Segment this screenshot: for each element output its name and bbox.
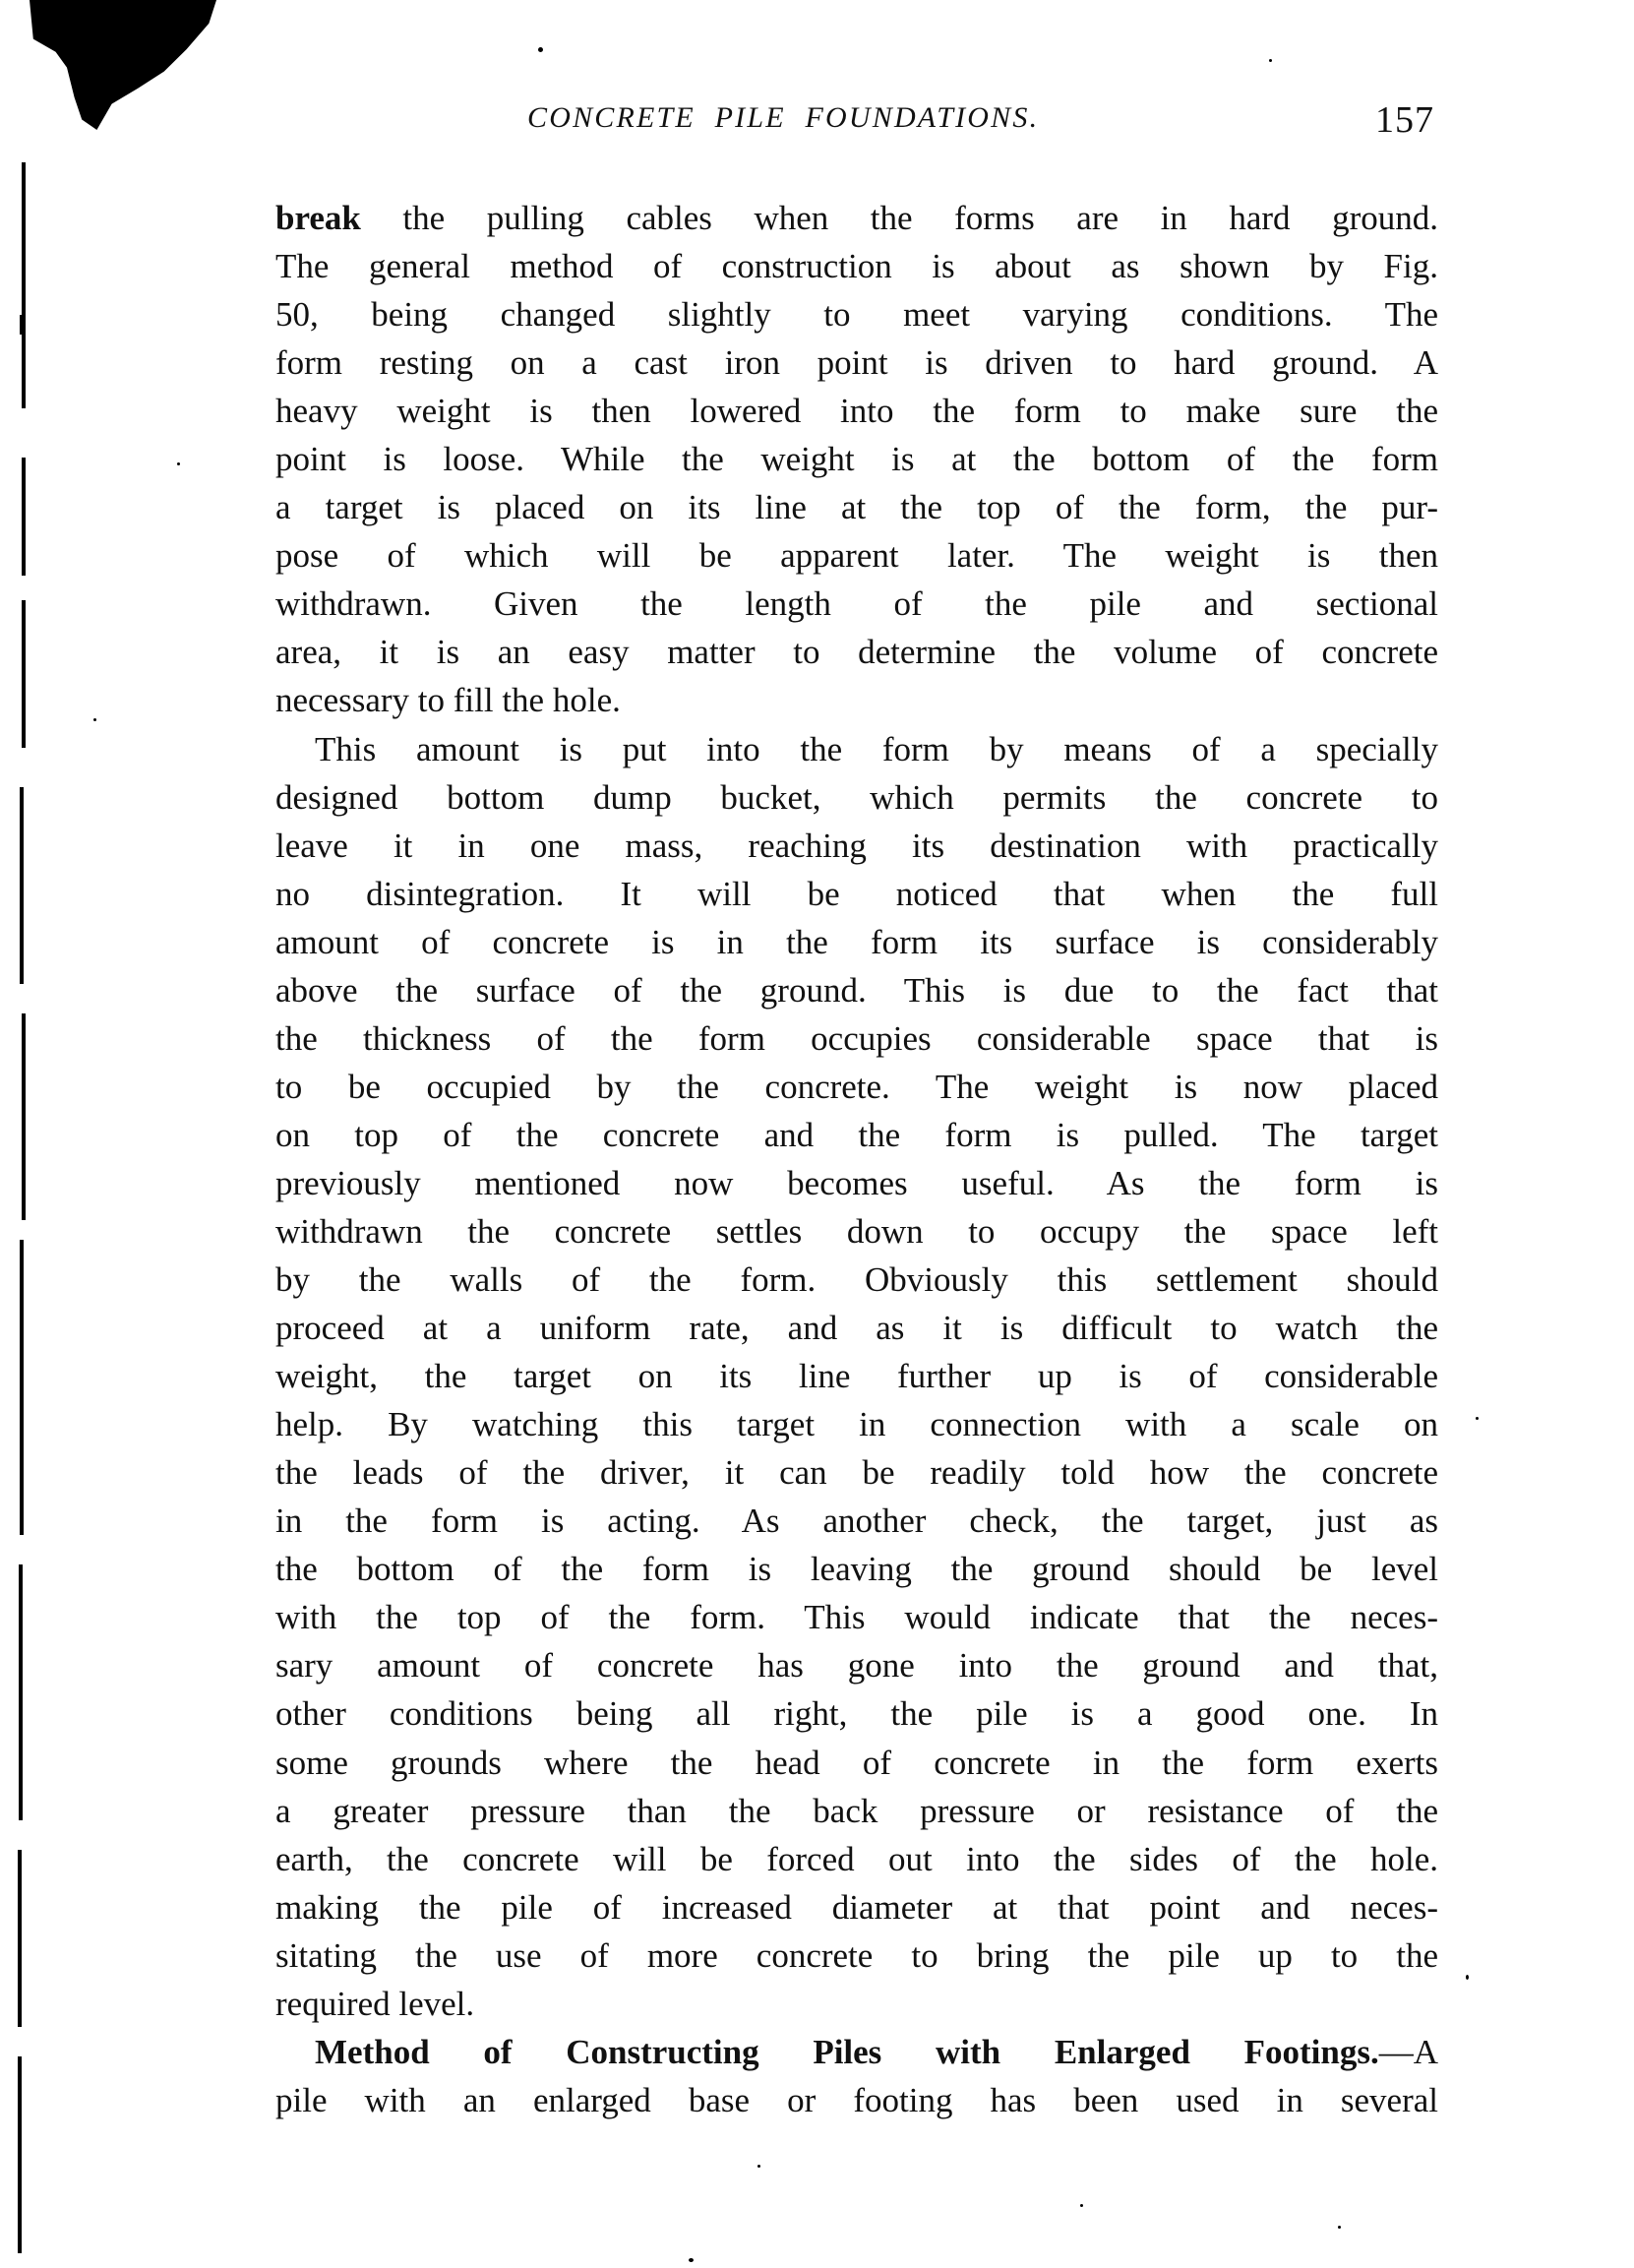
binding-edge-line — [19, 1564, 23, 1820]
text-line: 50, being changed slightly to meet varyi… — [275, 290, 1438, 338]
text-line: making the pile of increased diameter at… — [275, 1883, 1438, 1931]
binding-edge-line — [22, 600, 26, 748]
text-line: a greater pressure than the back pressur… — [275, 1787, 1438, 1835]
scan-speck — [689, 2258, 694, 2262]
text-line: in the form is acting. As another check,… — [275, 1497, 1438, 1545]
scan-speck — [93, 718, 96, 721]
text-line: area, it is an easy matter to determine … — [275, 628, 1438, 676]
text-line: sitating the use of more concrete to bri… — [275, 1931, 1438, 1980]
scan-ink-blot — [30, 0, 216, 130]
text-line: necessary to fill the hole. — [275, 676, 1438, 724]
text-line: form resting on a cast iron point is dri… — [275, 338, 1438, 387]
bold-lead: break — [275, 199, 361, 237]
text-line: on top of the concrete and the form is p… — [275, 1111, 1438, 1159]
binding-edge-line — [22, 162, 26, 408]
body-text: break the pulling cables when the forms … — [275, 194, 1438, 2124]
running-head: CONCRETE PILE FOUNDATIONS. — [527, 98, 1039, 138]
scan-speck — [757, 2165, 760, 2168]
section-paragraph: Method of Constructing Piles with Enlarg… — [275, 2028, 1438, 2124]
text-line: withdrawn. Given the length of the pile … — [275, 580, 1438, 628]
binding-edge-line — [22, 458, 26, 576]
text-line: break the pulling cables when the forms … — [275, 194, 1438, 242]
scan-speck — [1466, 1975, 1469, 1980]
binding-edge-line — [20, 787, 24, 984]
text-line: weight, the target on its line further u… — [275, 1352, 1438, 1400]
text-line: The general method of construction is ab… — [275, 242, 1438, 290]
text-line: previously mentioned now becomes useful.… — [275, 1159, 1438, 1207]
text-line: This amount is put into the form by mean… — [275, 725, 1438, 773]
binding-edge-line — [20, 315, 24, 335]
scan-speck — [177, 462, 180, 465]
text-line: designed bottom dump bucket, which permi… — [275, 773, 1438, 822]
text-line: by the walls of the form. Obviously this… — [275, 1256, 1438, 1304]
binding-edge-line — [18, 1850, 22, 2027]
text-line: with the top of the form. This would ind… — [275, 1593, 1438, 1641]
text-line: above the surface of the ground. This is… — [275, 966, 1438, 1014]
text-line: other conditions being all right, the pi… — [275, 1689, 1438, 1738]
section-heading: Method of Constructing Piles with Enlarg… — [315, 2033, 1379, 2071]
text-line: withdrawn the concrete settles down to o… — [275, 1207, 1438, 1256]
scan-speck — [538, 47, 543, 52]
text-line: leave it in one mass, reaching its desti… — [275, 822, 1438, 870]
text-line: pose of which will be apparent later. Th… — [275, 531, 1438, 580]
binding-edge-line — [22, 1013, 26, 1220]
page-number: 157 — [1375, 98, 1434, 142]
text-line: the leads of the driver, it can be readi… — [275, 1448, 1438, 1497]
binding-edge-line — [20, 1240, 24, 1535]
text-line: the thickness of the form occupies consi… — [275, 1014, 1438, 1063]
text-line: some grounds where the head of concrete … — [275, 1739, 1438, 1787]
scan-speck — [1269, 59, 1272, 62]
text-line: sary amount of concrete has gone into th… — [275, 1641, 1438, 1689]
text-line: heavy weight is then lowered into the fo… — [275, 387, 1438, 435]
scan-speck — [1338, 2226, 1341, 2229]
text-line: pile with an enlarged base or footing ha… — [275, 2076, 1438, 2124]
scan-speck — [1476, 1417, 1479, 1420]
section-heading-line: Method of Constructing Piles with Enlarg… — [275, 2028, 1438, 2076]
text-line: point is loose. While the weight is at t… — [275, 435, 1438, 483]
text-line: to be occupied by the concrete. The weig… — [275, 1063, 1438, 1111]
scan-speck — [1080, 2204, 1083, 2207]
paragraph: This amount is put into the form by mean… — [275, 725, 1438, 2028]
text-line: the bottom of the form is leaving the gr… — [275, 1545, 1438, 1593]
text-line: required level. — [275, 1980, 1438, 2028]
text-line: amount of concrete is in the form its su… — [275, 918, 1438, 966]
text-line: help. By watching this target in connect… — [275, 1400, 1438, 1448]
text-line: a target is placed on its line at the to… — [275, 483, 1438, 531]
binding-edge-line — [18, 2056, 22, 2253]
text-line: proceed at a uniform rate, and as it is … — [275, 1304, 1438, 1352]
text-line: earth, the concrete will be forced out i… — [275, 1835, 1438, 1883]
text-line: no disintegration. It will be noticed th… — [275, 870, 1438, 918]
paragraph: break the pulling cables when the forms … — [275, 194, 1438, 725]
